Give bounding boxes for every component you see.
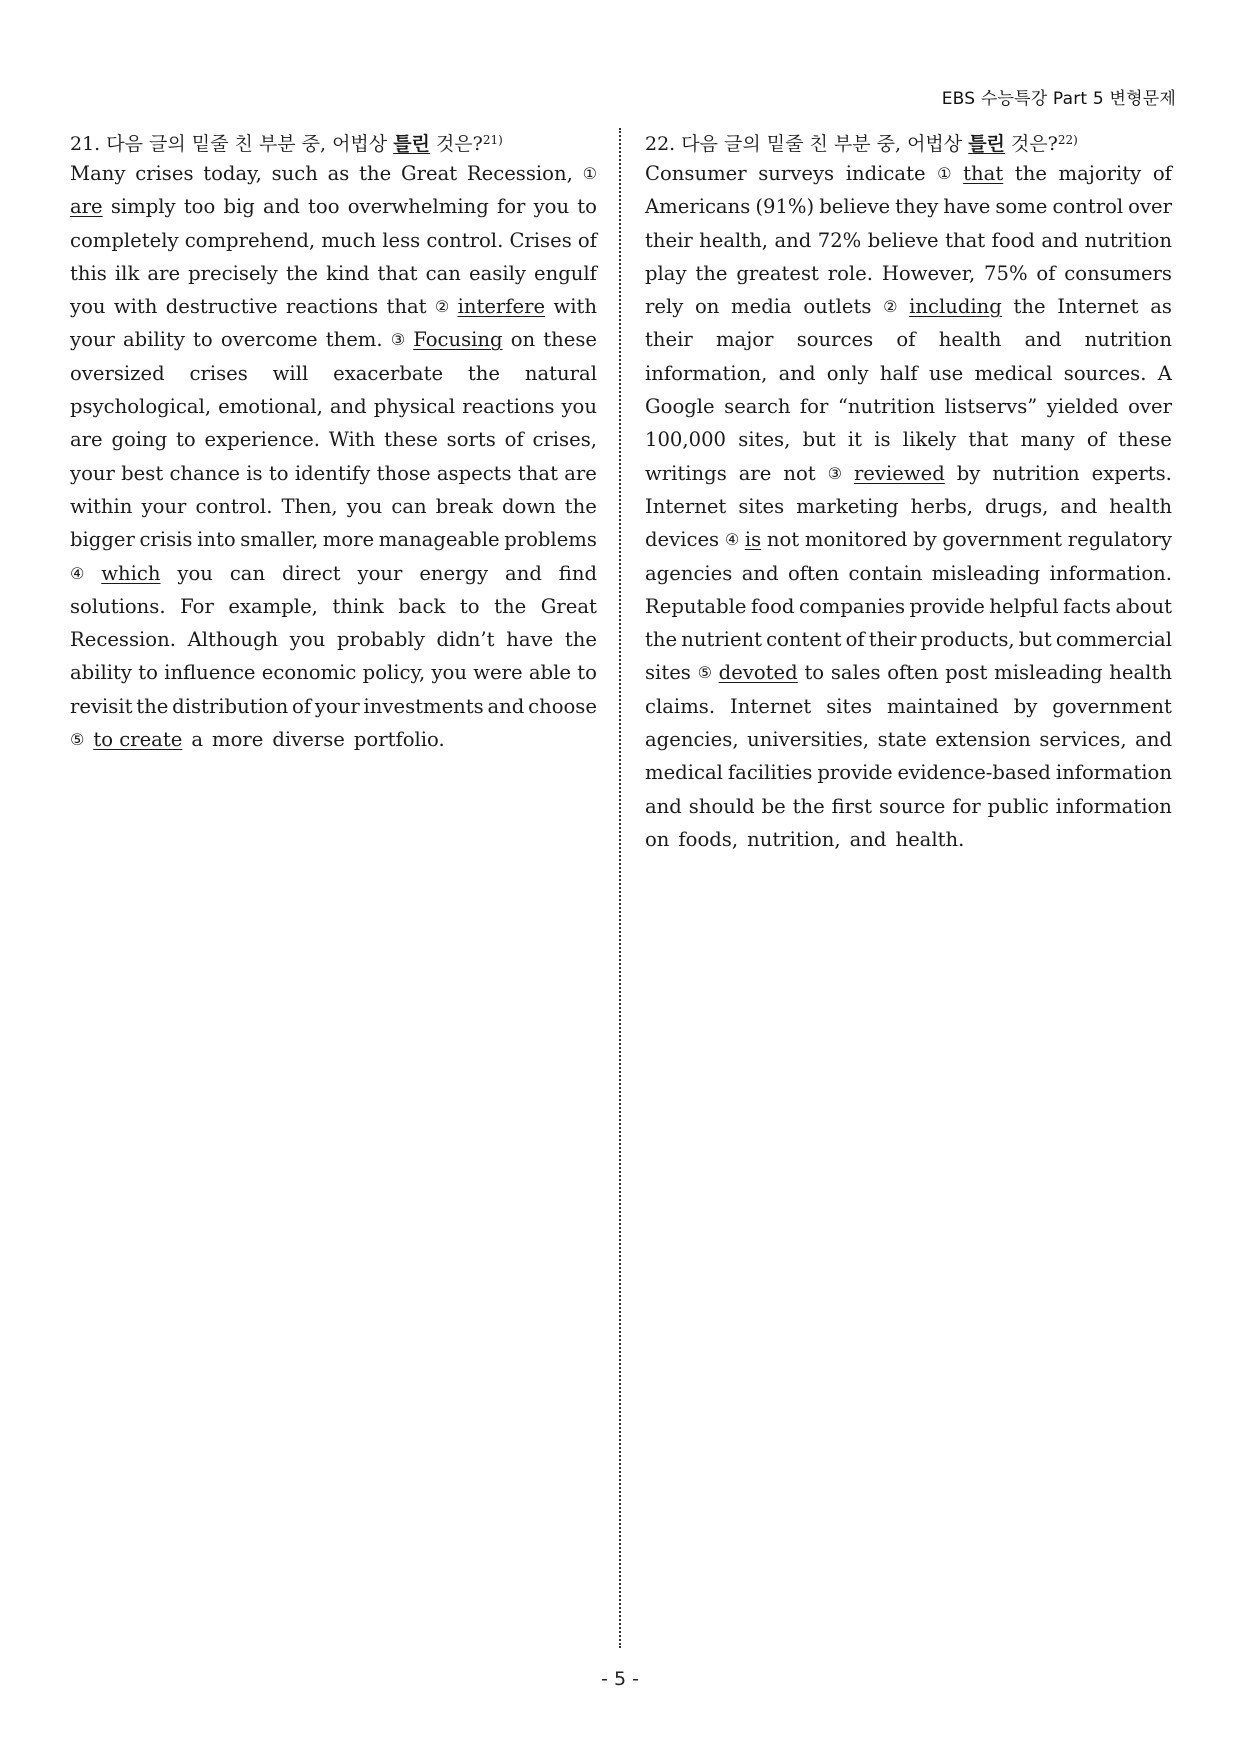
passage-line: solutions.Forexample,thinkbacktotheGreat: [70, 590, 597, 623]
word: destructive: [166, 290, 278, 323]
word: of: [505, 423, 524, 456]
word: nutrition: [1085, 224, 1172, 257]
word: and: [850, 823, 887, 856]
underlined-option: that: [963, 157, 1003, 190]
word: the: [645, 623, 677, 656]
word: medical: [975, 357, 1053, 390]
word: ability: [70, 656, 132, 689]
word: is: [246, 457, 262, 490]
word: role.: [828, 257, 873, 290]
word: reactions: [462, 390, 554, 423]
word: the: [1015, 157, 1047, 190]
word: solutions.: [70, 590, 166, 623]
passage-line: agencies,universities,stateextensionserv…: [645, 723, 1172, 756]
word: much: [321, 224, 376, 257]
word: example,: [228, 590, 318, 623]
word: you: [534, 190, 570, 223]
passage-line: 100,000sites,butitislikelythatmanyofthes…: [645, 423, 1172, 456]
passage-line: revisitthedistributionofyourinvestmentsa…: [70, 690, 597, 723]
word: agencies: [645, 557, 732, 590]
word: smaller,: [240, 523, 318, 556]
word: information: [1056, 756, 1172, 789]
word: and: [1135, 723, 1172, 756]
word: evidence-based: [898, 756, 1051, 789]
word: for: [497, 190, 525, 223]
word: sources.: [1064, 357, 1147, 390]
word: revisit: [70, 690, 133, 723]
word: indicate: [846, 157, 926, 190]
passage-line: playthegreatestrole.However,75%ofconsume…: [645, 257, 1172, 290]
passage-line: yourabilitytoovercomethem.③Focusingonthe…: [70, 323, 597, 356]
word: Recession,: [467, 157, 573, 190]
word: of: [578, 224, 597, 257]
word: major: [716, 323, 774, 356]
question-21-passage: Manycrisestoday,suchastheGreatRecession,…: [70, 157, 597, 756]
word: to: [176, 423, 196, 456]
word: that: [378, 257, 418, 290]
word: sites: [826, 690, 872, 723]
title-emphasis: 틀린: [968, 133, 1005, 155]
word: are: [70, 423, 103, 456]
word: down: [502, 490, 556, 523]
word: foods,: [678, 823, 738, 856]
word: but: [803, 423, 836, 456]
question-22: 22. 다음 글의 밑줄 친 부분 중, 어법상 틀린 것은?22) Consu…: [645, 124, 1172, 856]
word: as: [328, 157, 350, 190]
word: on: [695, 290, 719, 323]
word: you: [431, 656, 467, 689]
word: experts.: [1092, 457, 1172, 490]
word: they: [895, 190, 938, 223]
word: content: [766, 623, 841, 656]
word: sources: [797, 323, 873, 356]
word: that: [518, 457, 558, 490]
word: facilities: [728, 756, 813, 789]
word: Reputable: [645, 590, 746, 623]
word: able: [529, 656, 571, 689]
word: too: [184, 190, 215, 223]
passage-line: aresimplytoobigandtoooverwhelmingforyout…: [70, 190, 597, 223]
word: not: [783, 457, 815, 490]
word: less: [382, 224, 420, 257]
word: to: [460, 590, 480, 623]
word: your: [315, 690, 360, 723]
word: energy: [419, 557, 488, 590]
word: best: [121, 457, 163, 490]
passage-line: onfoods,nutrition,andhealth.: [645, 823, 1172, 856]
word: the: [1014, 290, 1046, 323]
option-number: ⑤: [698, 656, 712, 689]
word: overcome: [221, 323, 318, 356]
word: and: [645, 790, 682, 823]
word: likely: [903, 423, 956, 456]
underlined-option: which: [101, 557, 160, 590]
word: aspects: [437, 457, 512, 490]
word: today,: [203, 157, 262, 190]
word: health: [1109, 490, 1172, 523]
word: of: [1036, 257, 1055, 290]
word: agencies,: [645, 723, 739, 756]
passage-line: thenutrientcontentoftheirproducts,butcom…: [645, 623, 1172, 656]
word: nutrient: [681, 623, 762, 656]
word: However,: [882, 257, 975, 290]
passage-line: yourbestchanceistoidentifythoseaspectsth…: [70, 457, 597, 490]
word: Americans: [645, 190, 750, 223]
word: search: [724, 390, 790, 423]
word: and: [742, 557, 779, 590]
word: direct: [282, 557, 341, 590]
option-number: ②: [883, 290, 897, 323]
word: contain: [849, 557, 923, 590]
word: often: [887, 656, 938, 689]
word: big: [223, 190, 254, 223]
word: misleading: [932, 557, 1040, 590]
word: nutrition: [1085, 323, 1172, 356]
word: and: [779, 357, 816, 390]
word: should: [689, 790, 755, 823]
underlined-option: to create: [93, 723, 182, 756]
word: are: [739, 457, 772, 490]
word: a: [191, 723, 203, 756]
word: the: [136, 690, 168, 723]
word: of: [896, 323, 915, 356]
word: greatest: [736, 257, 819, 290]
passage-line: completelycomprehend,muchlesscontrol.Cri…: [70, 224, 597, 257]
word: about: [1115, 590, 1172, 623]
word: economic: [262, 656, 357, 689]
word: your: [70, 457, 115, 490]
word: nutrition: [992, 457, 1079, 490]
word: Internet: [645, 490, 726, 523]
word: to: [804, 656, 824, 689]
word: surveys: [758, 157, 834, 190]
word: misleading: [994, 656, 1102, 689]
word: you: [347, 490, 383, 523]
passage-line: Consumersurveysindicate①thatthemajorityo…: [645, 157, 1172, 190]
passage-line: Recession.Althoughyouprobablydidn’thavet…: [70, 623, 597, 656]
word: you: [561, 390, 597, 423]
passage-line: Googlesearchfor“nutritionlistservs”yield…: [645, 390, 1172, 423]
word: sites: [738, 490, 784, 523]
word: first: [832, 790, 872, 823]
word: your: [70, 323, 115, 356]
title-text: 22. 다음 글의 밑줄 친 부분 중, 어법상: [645, 133, 968, 155]
word: majority: [1059, 157, 1142, 190]
word: sites: [645, 656, 691, 689]
option-number: ①: [583, 157, 597, 190]
passage-line: sites⑤devotedtosalesoftenpostmisleadingh…: [645, 656, 1172, 689]
passage-line: agenciesandoftencontainmisleadinginforma…: [645, 557, 1172, 590]
word: overwhelming: [348, 190, 489, 223]
word: oversized: [70, 357, 165, 390]
word: were: [473, 656, 522, 689]
word: not: [767, 523, 799, 556]
word: distribution: [172, 690, 288, 723]
word: public: [988, 790, 1049, 823]
title-text: 21. 다음 글의 밑줄 친 부분 중, 어법상: [70, 133, 393, 155]
page-header: EBS 수능특강 Part 5 변형문제: [942, 84, 1176, 109]
word: too: [308, 190, 339, 223]
passage-line: relyonmediaoutlets②includingtheInterneta…: [645, 290, 1172, 323]
word: Recession.: [70, 623, 176, 656]
word: those: [377, 457, 431, 490]
word: health,: [699, 224, 768, 257]
word: more: [323, 523, 374, 556]
title-text-end: 것은?: [430, 133, 483, 155]
word: some: [995, 190, 1047, 223]
word: more: [212, 723, 263, 756]
word: policy,: [363, 656, 426, 689]
word: be: [762, 790, 786, 823]
passage-line: theirhealth,and72%believethatfoodandnutr…: [645, 224, 1172, 257]
word: 75%: [984, 257, 1028, 290]
word: ability: [123, 323, 185, 356]
word: government: [1052, 690, 1172, 723]
word: of: [1153, 157, 1172, 190]
word: these: [1118, 423, 1172, 456]
underlined-option: including: [909, 290, 1002, 323]
word: With: [329, 423, 376, 456]
column-divider: [619, 128, 621, 1648]
word: state: [878, 723, 927, 756]
passage-line: devices④isnotmonitoredbygovernmentregula…: [645, 523, 1172, 556]
word: many: [1021, 423, 1075, 456]
passage-line: abilitytoinfluenceeconomicpolicy,youwere…: [70, 656, 597, 689]
word: emotional,: [218, 390, 323, 423]
word: into: [197, 523, 236, 556]
option-number: ①: [937, 157, 951, 190]
word: as: [1150, 290, 1172, 323]
word: crises,: [532, 423, 597, 456]
word: will: [273, 357, 309, 390]
word: ilk: [115, 257, 139, 290]
word: experience.: [205, 423, 320, 456]
word: herbs,: [911, 490, 973, 523]
word: for: [952, 790, 980, 823]
word: are: [147, 257, 180, 290]
word: of: [292, 690, 311, 723]
word: and: [505, 557, 542, 590]
word: that: [945, 224, 985, 257]
word: of: [1087, 423, 1106, 456]
word: 72%: [818, 224, 862, 257]
passage-line: Americans(91%)believetheyhavesomecontrol…: [645, 190, 1172, 223]
page-number: - 5 -: [0, 1668, 1240, 1690]
word: going: [111, 423, 167, 456]
word: by: [1014, 690, 1038, 723]
word: within: [70, 490, 132, 523]
word: Great: [401, 157, 457, 190]
word: with: [553, 290, 597, 323]
word: to: [269, 457, 289, 490]
word: crisis: [139, 523, 192, 556]
underlined-option: is: [745, 523, 761, 556]
word: you: [70, 290, 106, 323]
word: A: [1158, 357, 1172, 390]
passage-line: theirmajorsourcesofhealthandnutrition: [645, 323, 1172, 356]
word: use: [929, 357, 963, 390]
word: “nutrition: [838, 390, 935, 423]
word: nutrition,: [747, 823, 841, 856]
word: with: [114, 290, 158, 323]
word: rely: [645, 290, 683, 323]
word: and: [330, 390, 367, 423]
word: the: [359, 157, 391, 190]
word: the: [695, 257, 727, 290]
word: control.: [196, 490, 273, 523]
word: information.: [1050, 557, 1172, 590]
word: have: [506, 623, 553, 656]
underlined-option: interfere: [458, 290, 546, 323]
word: crises: [135, 157, 193, 190]
passage-line: andshouldbethefirstsourceforpublicinform…: [645, 790, 1172, 823]
word: food: [992, 224, 1035, 257]
word: bigger: [70, 523, 135, 556]
word: and: [263, 190, 300, 223]
word: provide: [817, 756, 892, 789]
word: control: [1052, 190, 1123, 223]
word: your: [142, 490, 187, 523]
word: and: [1060, 490, 1097, 523]
word: on: [511, 323, 535, 356]
word: can: [426, 257, 461, 290]
option-number: ②: [435, 290, 449, 323]
word: this: [70, 257, 107, 290]
footnote-ref[interactable]: 22): [1058, 133, 1078, 147]
word: provide: [910, 590, 985, 623]
word: health: [1109, 656, 1172, 689]
word: devices: [645, 523, 719, 556]
title-text-end: 것은?: [1005, 133, 1058, 155]
word: by: [957, 457, 981, 490]
option-number: ③: [828, 457, 842, 490]
word: to: [577, 190, 597, 223]
word: sites,: [738, 423, 790, 456]
question-21: 21. 다음 글의 밑줄 친 부분 중, 어법상 틀린 것은?21) Manyc…: [70, 124, 597, 756]
word: facts: [1063, 590, 1111, 623]
word: them.: [326, 323, 383, 356]
passage-line: information,andonlyhalfusemedicalsources…: [645, 357, 1172, 390]
word: marketing: [796, 490, 898, 523]
word: can: [230, 557, 265, 590]
word: crises: [189, 357, 247, 390]
word: chance: [170, 457, 240, 490]
word: but: [1019, 623, 1052, 656]
word: break: [436, 490, 493, 523]
word: source: [879, 790, 945, 823]
word: probably: [337, 623, 425, 656]
word: psychological,: [70, 390, 211, 423]
word: health: [939, 323, 1002, 356]
word: comprehend,: [185, 224, 315, 257]
word: find: [559, 557, 597, 590]
word: Internet: [1057, 290, 1138, 323]
passage-line: ⑤to createamorediverseportfolio.: [70, 723, 597, 756]
word: exacerbate: [333, 357, 443, 390]
word: influence: [164, 656, 255, 689]
word: claims.: [645, 690, 715, 723]
word: have: [943, 190, 990, 223]
word: government: [942, 523, 1062, 556]
word: it: [848, 423, 862, 456]
word: Although: [188, 623, 279, 656]
word: monitored: [805, 523, 907, 556]
word: to: [138, 656, 158, 689]
word: post: [945, 656, 987, 689]
word: play: [645, 257, 687, 290]
word: manageable: [379, 523, 500, 556]
passage-line: medicalfacilitiesprovideevidence-basedin…: [645, 756, 1172, 789]
option-number: ③: [391, 323, 405, 356]
underlined-option: Focusing: [413, 323, 502, 356]
word: portfolio.: [354, 723, 445, 756]
word: services,: [1039, 723, 1126, 756]
word: investments: [364, 690, 484, 723]
word: universities,: [747, 723, 869, 756]
passage-line: thisilkarepreciselythekindthatcaneasilye…: [70, 257, 597, 290]
passage-line: oversizedcriseswillexacerbatethenatural: [70, 357, 597, 390]
word: the: [565, 623, 597, 656]
passage-line: youwithdestructivereactionsthat②interfer…: [70, 290, 597, 323]
word: of: [846, 623, 865, 656]
option-number: ④: [70, 557, 84, 590]
option-number: ④: [725, 523, 739, 556]
word: Great: [541, 590, 597, 623]
word: you: [177, 557, 213, 590]
word: media: [731, 290, 792, 323]
word: helpful: [989, 590, 1058, 623]
word: the: [468, 357, 500, 390]
word: to: [577, 656, 597, 689]
word: 100,000: [645, 423, 726, 456]
word: Many: [70, 157, 125, 190]
passage-line: Manycrisestoday,suchastheGreatRecession,…: [70, 157, 597, 190]
word: For: [180, 590, 214, 623]
word: the: [565, 490, 597, 523]
word: Then,: [282, 490, 338, 523]
word: that: [968, 423, 1008, 456]
word: back: [398, 590, 445, 623]
word: such: [272, 157, 318, 190]
word: and: [488, 690, 525, 723]
word: these: [384, 423, 438, 456]
word: the: [793, 790, 825, 823]
passage-line: aregoingtoexperience.Withthesesortsofcri…: [70, 423, 597, 456]
underlined-option: devoted: [719, 656, 798, 689]
footnote-ref[interactable]: 21): [483, 133, 503, 147]
word: control.: [426, 224, 503, 257]
word: consumers: [1064, 257, 1172, 290]
title-emphasis: 틀린: [393, 133, 430, 155]
word: can: [391, 490, 426, 523]
word: and: [1041, 224, 1078, 257]
word: identify: [295, 457, 371, 490]
word: you: [290, 623, 326, 656]
passage-line: withinyourcontrol.Then,youcanbreakdownth…: [70, 490, 597, 523]
word: Consumer: [645, 157, 747, 190]
question-22-passage: Consumersurveysindicate①thatthemajorityo…: [645, 157, 1172, 856]
question-22-title: 22. 다음 글의 밑줄 친 부분 중, 어법상 틀린 것은?22): [645, 124, 1172, 157]
word: is: [874, 423, 890, 456]
word: and: [1025, 323, 1062, 356]
word: only: [827, 357, 869, 390]
word: that: [386, 290, 426, 323]
word: half: [880, 357, 918, 390]
word: commercial: [1056, 623, 1172, 656]
word: health.: [895, 823, 964, 856]
word: their: [645, 224, 693, 257]
word: outlets: [803, 290, 871, 323]
